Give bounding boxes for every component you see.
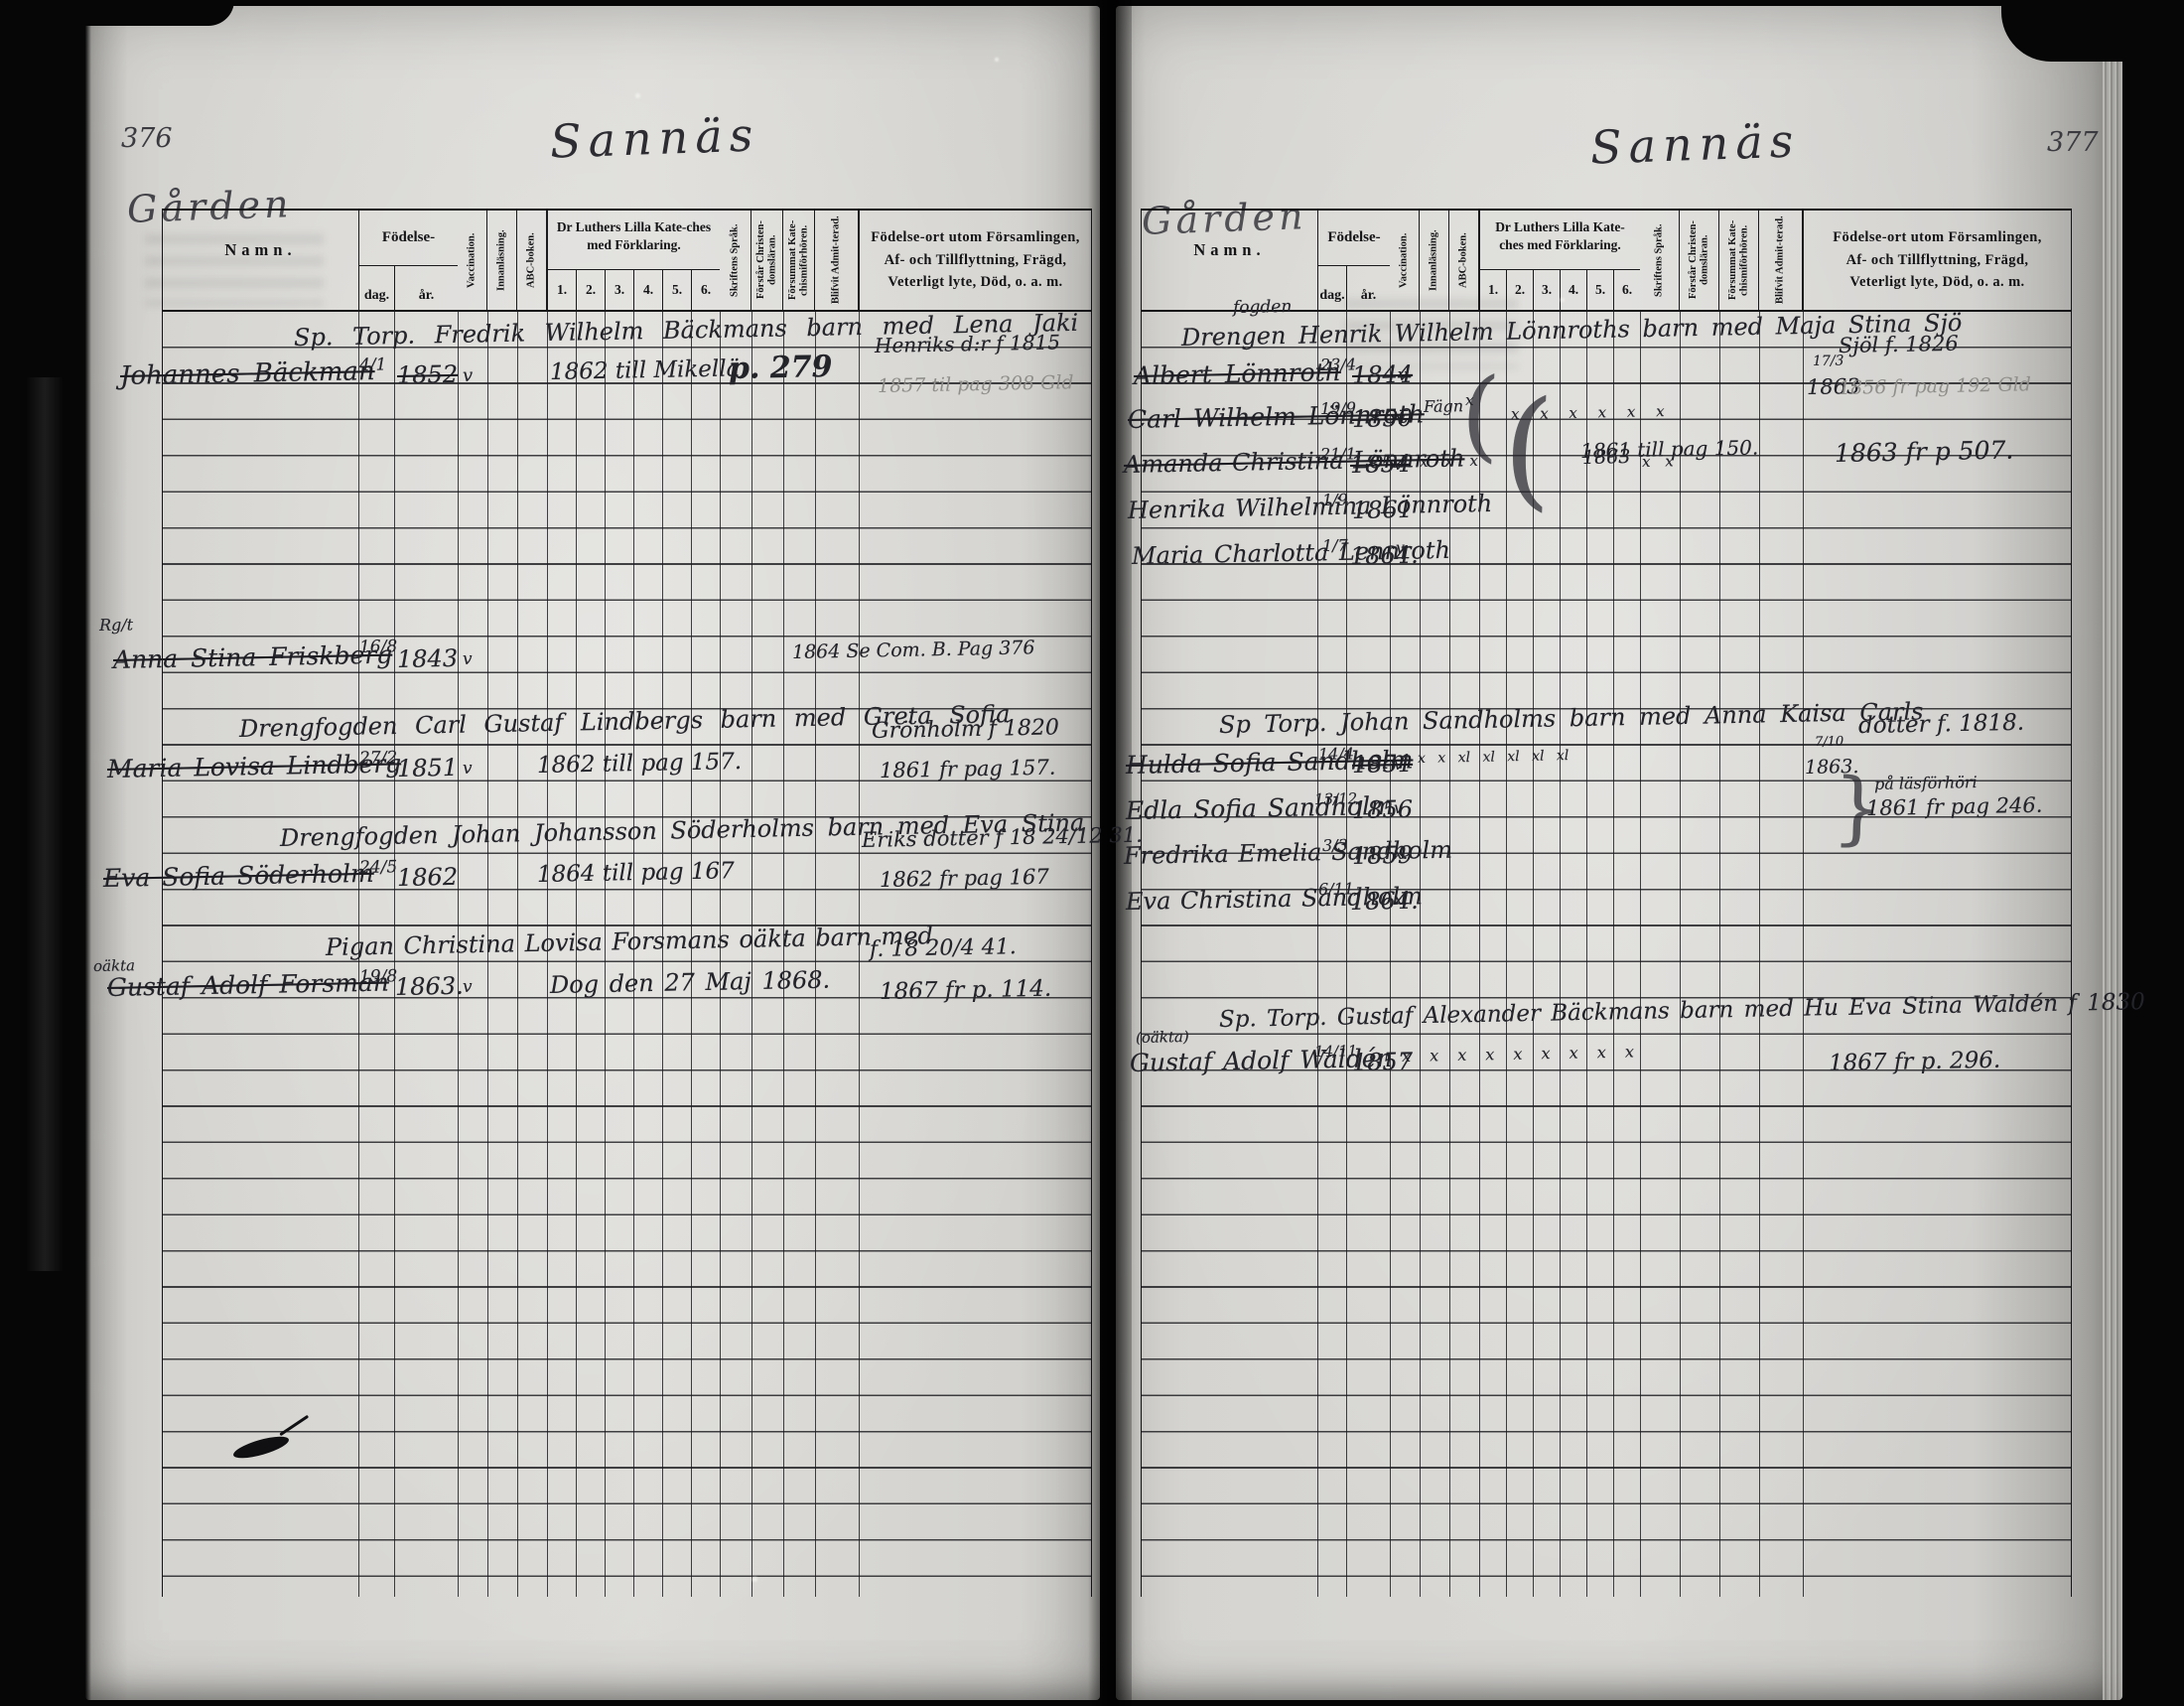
handwritten-entry: v bbox=[1394, 798, 1403, 817]
handwritten-entry: ( bbox=[1500, 371, 1556, 524]
handwritten-entry: 1862 fr pag 167 bbox=[880, 865, 1049, 892]
scanned-book-spread: 376 Sannäs Gården Namn. Födelse- dag. år… bbox=[0, 0, 2184, 1706]
handwritten-entry: 1864. bbox=[1350, 887, 1419, 916]
handwritten-entry: Rg/t bbox=[99, 615, 133, 635]
handwritten-entry: 3/3 bbox=[1322, 836, 1348, 855]
handwritten-entry: Albert Lönnroth bbox=[1134, 357, 1341, 390]
handwritten-entry: 14/4 bbox=[1318, 744, 1354, 764]
handwritten-entry: 4/1 bbox=[359, 355, 387, 375]
handwritten-entry: Gustaf Adolf Forsman bbox=[107, 968, 389, 1002]
handwritten-entry: } bbox=[1831, 761, 1884, 855]
handwritten-entry: (oäkta) bbox=[1136, 1028, 1189, 1047]
handwritten-entry: Dog den 27 Maj 1868. bbox=[550, 966, 831, 999]
handwritten-entry: 1864 till pag 167 bbox=[537, 858, 735, 888]
handwritten-entry: Grönholm f 1820 bbox=[872, 715, 1059, 744]
handwritten-entry: 23/4 bbox=[1320, 355, 1356, 374]
handwritten-entry: Maria Lovisa Lindberg bbox=[107, 749, 402, 783]
handwritten-entry: Fägn bbox=[1424, 396, 1463, 416]
handwritten-entry: v bbox=[463, 759, 473, 779]
handwritten-entry: 1857 til pag 308 Gld bbox=[878, 371, 1074, 397]
handwritten-entry: 7/10 bbox=[1815, 734, 1843, 750]
handwritten-entry: 1861 fr pag 157. bbox=[880, 756, 1056, 782]
handwritten-entry: på läsförhöri bbox=[1874, 773, 1978, 793]
handwritten-entry: 1867 fr p. 114. bbox=[880, 976, 1052, 1005]
handwritten-entry: x x xl xl xl xl xl bbox=[1418, 748, 1570, 767]
handwritten-entry: v bbox=[1394, 455, 1403, 474]
handwritten-entry: v bbox=[1394, 755, 1403, 774]
handwritten-entry: Pigan Christina Lovisa Forsmans oäkta ba… bbox=[326, 922, 933, 961]
handwritten-entry: Sp. Torp. Gustaf Alexander Bäckmans barn… bbox=[1219, 989, 2145, 1033]
handwriting-layer-left: Sp. Torp. Fredrik Wilhelm Bäckmans barn … bbox=[85, 6, 1100, 1700]
handwritten-entry: Johannes Bäckman bbox=[120, 356, 375, 391]
handwritten-entry: 1867 fr p. 296. bbox=[1829, 1048, 2001, 1076]
handwritten-entry: 1852 bbox=[397, 360, 459, 389]
handwritten-entry: v bbox=[1396, 538, 1405, 557]
right-page: 377 Sannäs Gården Namn. Födelse- dag. år… bbox=[1116, 6, 2122, 1700]
handwritten-entry: 1863 fr p 507. bbox=[1835, 436, 2014, 468]
handwritten-entry: Henriks d:r f 1815 bbox=[875, 330, 1060, 357]
handwritten-entry: dotter f. 1818. bbox=[1858, 710, 2025, 739]
handwritten-entry: 1864 Se Com. B. Pag 376 bbox=[792, 637, 1035, 663]
handwritten-entry: v bbox=[1398, 365, 1408, 385]
handwritten-entry: 19/9 bbox=[1320, 398, 1356, 418]
handwritten-entry: 1861 fr pag 246. bbox=[1866, 793, 2043, 820]
handwritten-entry: 1862 till Mikellä bbox=[550, 355, 741, 385]
handwritten-entry: v bbox=[1396, 409, 1405, 428]
handwritten-entry: 24/5 bbox=[359, 857, 398, 878]
handwritten-entry: Sp Torp. Johan Sandholms barn med Anna K… bbox=[1219, 697, 1924, 739]
handwritten-entry: 1851 bbox=[397, 754, 459, 782]
handwritten-entry: x. bbox=[1394, 844, 1408, 863]
handwritten-entry: 27/2 bbox=[359, 748, 398, 769]
handwritten-entry: 1856 fr pag 192 Gld bbox=[1839, 373, 2031, 399]
handwritten-entry: Henrika Wilhelmina Lönnroth bbox=[1128, 490, 1493, 524]
left-page: 376 Sannäs Gården Namn. Födelse- dag. år… bbox=[85, 6, 1100, 1700]
handwriting-layer-right: fogdenDrengen Henrik Wilhelm Lönnroths b… bbox=[1116, 6, 2122, 1700]
handwritten-entry: Sjöl f. 1826 bbox=[1839, 332, 1959, 357]
handwritten-entry: Amanda Christina Lönnroth bbox=[1124, 444, 1465, 479]
handwritten-entry: 1862 bbox=[397, 863, 459, 892]
handwritten-entry: 1843 bbox=[397, 644, 459, 673]
handwritten-entry: 1/7 bbox=[1322, 536, 1348, 555]
handwritten-entry: ( bbox=[1459, 355, 1502, 473]
handwritten-entry: 6/11 bbox=[1318, 879, 1354, 899]
handwritten-entry: 17/3 bbox=[1813, 353, 1844, 369]
handwritten-entry: 19/8 bbox=[359, 966, 398, 987]
handwritten-entry: f. 18 20/4 41. bbox=[870, 934, 1017, 962]
handwritten-entry: 1864. bbox=[1350, 541, 1419, 570]
handwritten-entry: 16/8 bbox=[359, 637, 398, 657]
handwritten-entry: 1/9 bbox=[1322, 491, 1348, 509]
handwritten-entry: x x x x x x x x x bbox=[1402, 1043, 1634, 1066]
handwritten-entry: v bbox=[463, 365, 474, 386]
handwritten-entry: 1861 bbox=[1352, 496, 1414, 524]
handwritten-entry: 1863 bbox=[1582, 446, 1631, 469]
handwritten-entry: 1851 bbox=[1352, 750, 1414, 779]
handwritten-entry: 1856 bbox=[1352, 795, 1414, 824]
handwritten-entry: Eva Sofia Söderholm bbox=[103, 859, 374, 893]
handwritten-entry: 1862 till pag 157. bbox=[537, 749, 743, 779]
handwritten-entry: 1863. bbox=[395, 972, 464, 1001]
handwritten-entry: x x bbox=[1642, 452, 1674, 471]
handwritten-entry: Anna Stina Friskberg bbox=[113, 640, 393, 674]
handwritten-entry: v bbox=[463, 977, 473, 997]
handwritten-entry: fogden bbox=[1233, 297, 1293, 318]
handwritten-entry: x. bbox=[1394, 890, 1408, 909]
handwritten-entry: v bbox=[463, 649, 473, 669]
film-streak-light bbox=[26, 377, 64, 1271]
handwritten-entry: p. 279 bbox=[729, 350, 833, 386]
